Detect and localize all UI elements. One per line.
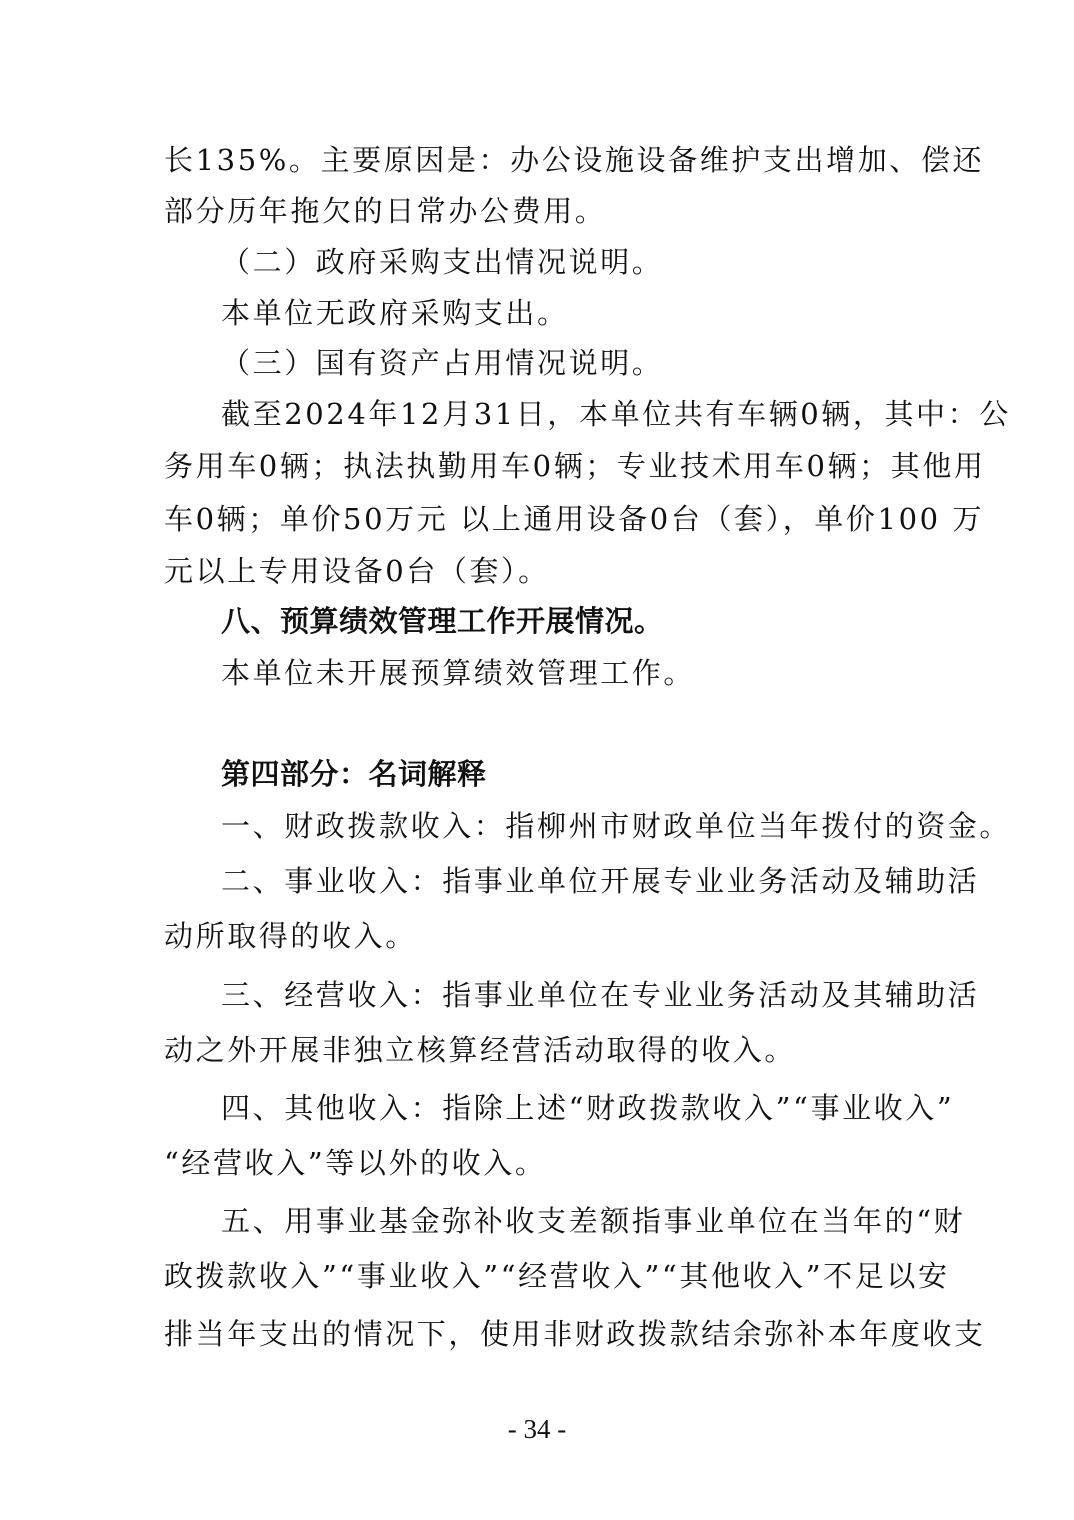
paragraph-line: 动之外开展非独立核算经营活动取得的收入。: [164, 1030, 924, 1070]
section-heading: 八、预算绩效管理工作开展情况。: [221, 601, 981, 641]
paragraph-line: 元以上专用设备0台（套）。: [164, 551, 924, 591]
page-number: - 34 -: [0, 1412, 1074, 1446]
paragraph-line: 动所取得的收入。: [164, 916, 924, 956]
paragraph-line: 车0辆；单价50万元 以上通用设备0台（套），单价100 万: [164, 499, 924, 539]
paragraph-line: 三、经营收入：指事业单位在专业业务活动及其辅助活: [221, 975, 981, 1015]
document-page: 长135%。主要原因是：办公设施设备维护支出增加、偿还部分历年拖欠的日常办公费用…: [0, 0, 1074, 1520]
paragraph-line: 四、其他收入：指除上述“财政拨款收入”“事业收入”: [221, 1088, 981, 1128]
paragraph-line: 部分历年拖欠的日常办公费用。: [164, 191, 924, 231]
paragraph-line: 长135%。主要原因是：办公设施设备维护支出增加、偿还: [164, 140, 924, 180]
paragraph-line: 本单位未开展预算绩效管理工作。: [221, 653, 981, 693]
paragraph-line: 五、用事业基金弥补收支差额指事业单位在当年的“财: [221, 1201, 981, 1241]
paragraph-line: 截至2024年12月31日，本单位共有车辆0辆，其中：公: [221, 394, 981, 434]
paragraph-line: 一、财政拨款收入：指柳州市财政单位当年拨付的资金。: [221, 806, 981, 846]
paragraph-line: “经营收入”等以外的收入。: [164, 1143, 924, 1183]
paragraph-line: （二）政府采购支出情况说明。: [221, 242, 981, 282]
paragraph-line: 排当年支出的情况下，使用非财政拨款结余弥补本年度收支: [164, 1314, 924, 1354]
paragraph-line: 政拨款收入”“事业收入”“经营收入”“其他收入”不足以安: [164, 1256, 924, 1296]
paragraph-line: 二、事业收入：指事业单位开展专业业务活动及辅助活: [221, 861, 981, 901]
paragraph-line: 务用车0辆；执法执勤用车0辆；专业技术用车0辆；其他用: [164, 446, 924, 486]
section-heading: 第四部分：名词解释: [221, 754, 981, 794]
paragraph-line: 本单位无政府采购支出。: [221, 293, 981, 333]
paragraph-line: （三）国有资产占用情况说明。: [221, 343, 981, 383]
